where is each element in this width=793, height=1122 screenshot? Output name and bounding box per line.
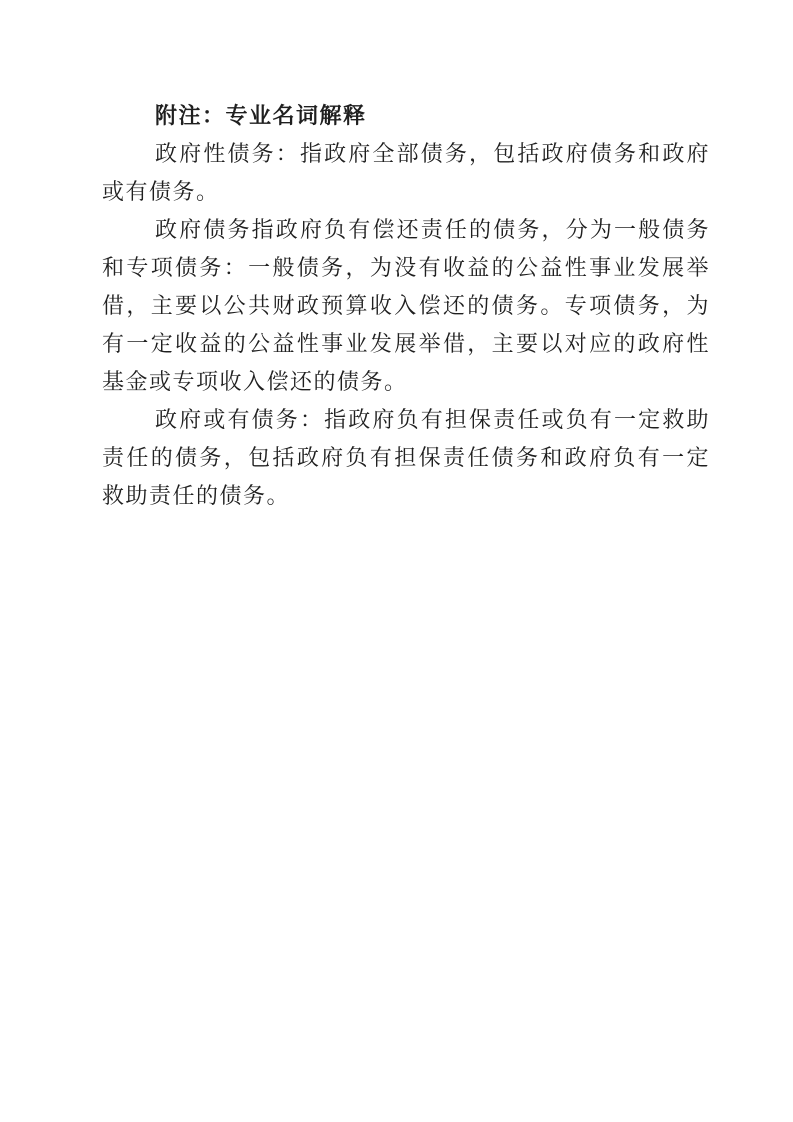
section-heading: 附注：专业名词解释 [102, 97, 710, 135]
text-block: 附注：专业名词解释 政府性债务：指政府全部债务，包括政府债务和政府或有债务。 政… [102, 97, 710, 515]
document-page: 附注：专业名词解释 政府性债务：指政府全部债务，包括政府债务和政府或有债务。 政… [0, 0, 793, 1122]
paragraph-government-related-debt: 政府性债务：指政府全部债务，包括政府债务和政府或有债务。 [102, 135, 710, 211]
paragraph-government-debt: 政府债务指政府负有偿还责任的债务，分为一般债务和专项债务：一般债务，为没有收益的… [102, 211, 710, 401]
paragraph-contingent-debt: 政府或有债务：指政府负有担保责任或负有一定救助责任的债务，包括政府负有担保责任债… [102, 401, 710, 515]
